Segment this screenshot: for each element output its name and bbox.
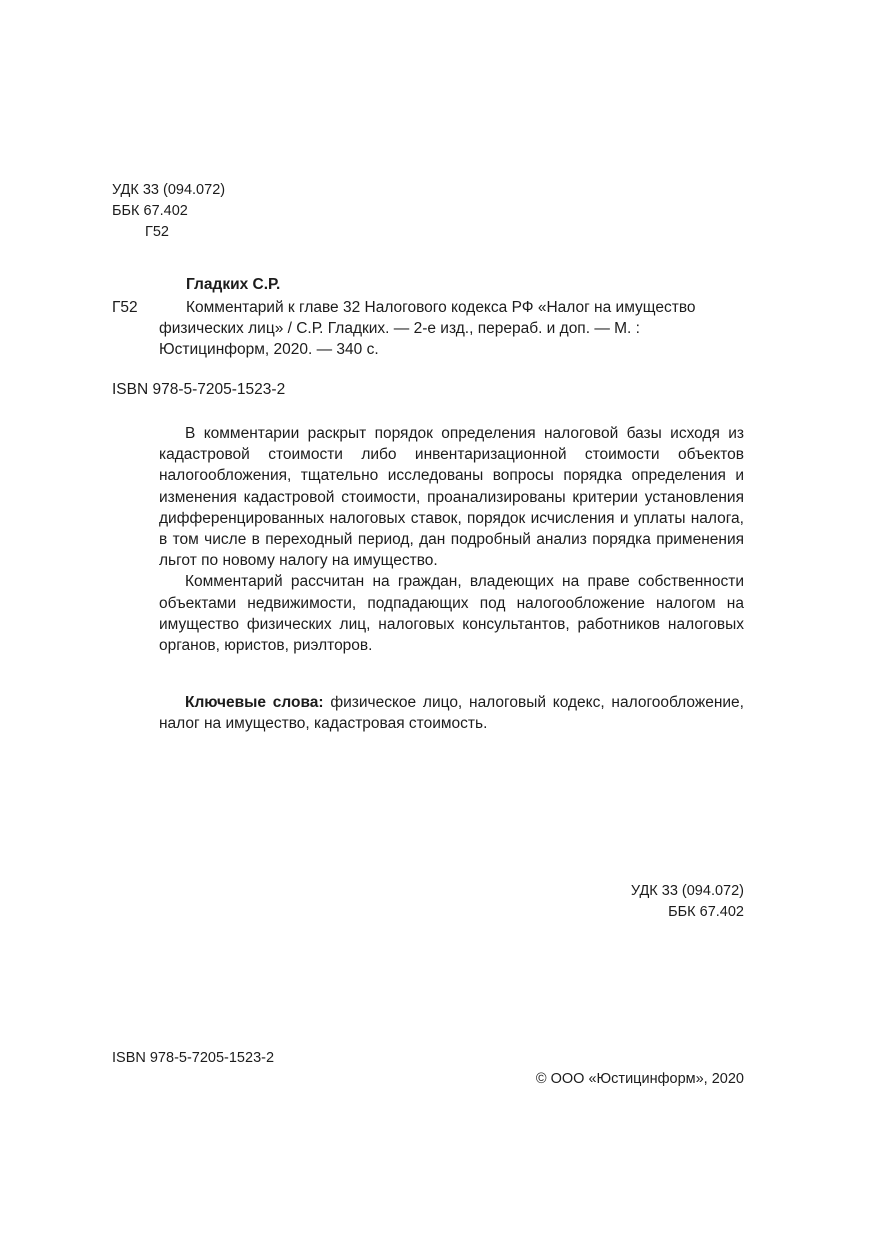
abstract-paragraph: Комментарий рассчитан на граждан, владею…	[159, 571, 744, 656]
bibliographic-description: Комментарий к главе 32 Налогового кодекс…	[159, 297, 759, 360]
biblio-line-2: физических лиц» / С.Р. Гладких. — 2-е из…	[159, 318, 759, 339]
keywords-paragraph: Ключевые слова: физическое лицо, налогов…	[159, 692, 744, 734]
keywords-label: Ключевые слова:	[185, 694, 324, 711]
abstract: В комментарии раскрыт порядок определени…	[159, 423, 744, 656]
isbn-bottom: ISBN 978-5-7205-1523-2	[112, 1050, 274, 1066]
keywords-block: Ключевые слова: физическое лицо, налогов…	[159, 692, 744, 734]
biblio-line-3: Юстицинформ, 2020. — 340 с.	[159, 339, 759, 360]
bbk-code: ББК 67.402	[112, 201, 225, 222]
udk-code: УДК 33 (094.072)	[112, 180, 225, 201]
author-name: Гладких С.Р.	[186, 276, 280, 294]
isbn: ISBN 978-5-7205-1523-2	[112, 381, 285, 399]
biblio-line-1: Комментарий к главе 32 Налогового кодекс…	[159, 297, 759, 318]
udk-code-bottom: УДК 33 (094.072)	[631, 881, 744, 902]
copyright: © ООО «Юстицинформ», 2020	[536, 1071, 744, 1087]
author-mark: Г52	[112, 222, 225, 243]
classification-block-bottom: УДК 33 (094.072) ББК 67.402	[631, 881, 744, 923]
bbk-code-bottom: ББК 67.402	[631, 902, 744, 923]
abstract-paragraph: В комментарии раскрыт порядок определени…	[159, 423, 744, 571]
classification-block-top: УДК 33 (094.072) ББК 67.402 Г52	[112, 180, 225, 243]
author-mark-side: Г52	[112, 299, 138, 317]
